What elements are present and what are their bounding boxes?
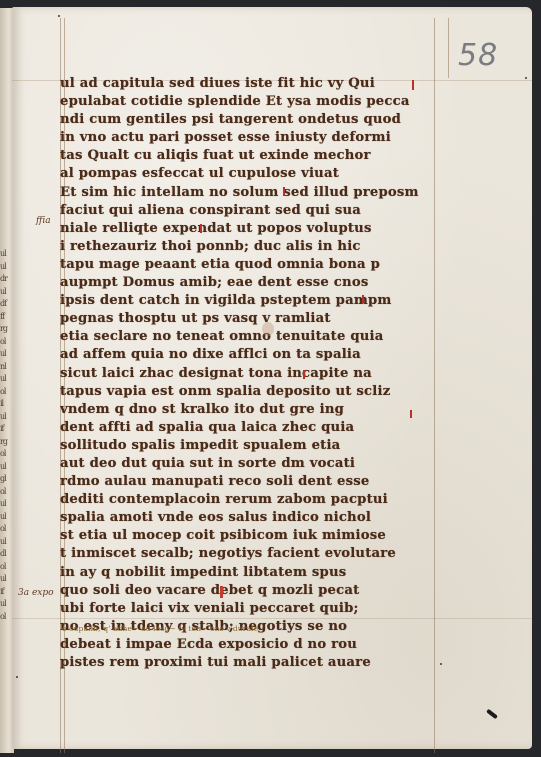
text-line: in ay q nobilit impedint libtatem spus <box>60 564 440 582</box>
rubric-mark <box>412 80 414 90</box>
text-line: dediti contemplacoin rerum zabom pacptui <box>60 491 440 509</box>
rubric-mark <box>283 187 285 196</box>
text-line: ubi forte laici vix veniali peccaret qui… <box>60 600 440 618</box>
text-line: epulabat cotidie splendide Et ysa modis … <box>60 93 440 111</box>
ruling-right-upper <box>448 18 449 78</box>
text-line: rdmo aulau manupati reco soli dent esse <box>60 473 440 491</box>
main-text-block: ul ad capitula sed diues iste fit hic vy… <box>60 75 440 672</box>
rubric-mark <box>362 295 364 303</box>
text-line: pistes rem proximi tui mali palicet auar… <box>60 654 440 672</box>
text-line: pegnas thosptu ut ps vasq v ramliat <box>60 310 440 328</box>
text-line: dent affti ad spalia qua laica zhec quia <box>60 419 440 437</box>
prick-mark <box>440 663 442 665</box>
margin-note-left-lower: 3a expo <box>18 588 54 598</box>
prick-mark <box>58 15 60 17</box>
text-line: spalia amoti vnde eos salus indico nicho… <box>60 509 440 527</box>
text-line: ad affem quia no dixe afflci on ta spali… <box>60 346 440 364</box>
text-line: niale relliqte expendat ut popos voluptu… <box>60 220 440 238</box>
bottom-gloss: o cupalib; q' adhe~ ad lesu~ ty ten~ ons… <box>62 624 258 633</box>
parchment-stain <box>262 322 274 336</box>
rubric-mark <box>200 224 202 233</box>
text-line: aut deo dut quia sut in sorte dm vocati <box>60 455 440 473</box>
text-line: sollitudo spalis impedit spualem etia <box>60 437 440 455</box>
text-line: aupmpt Domus amib; eae dent esse cnos <box>60 274 440 292</box>
rubric-mark <box>410 410 412 418</box>
margin-note-left-upper: ffia <box>36 216 51 226</box>
text-line: tapus vapia est onm spalia deposito ut s… <box>60 383 440 401</box>
text-line: in vno actu pari posset esse iniusty def… <box>60 129 440 147</box>
text-line: quo soli deo vacare debet q mozli pecat <box>60 582 440 600</box>
text-line: ipsis dent catch in vigilda psteptem pam… <box>60 292 440 310</box>
text-line: ul ad capitula sed diues iste fit hic vy… <box>60 75 440 93</box>
folio-number: 58 <box>458 38 498 73</box>
text-line: tapu mage peaant etia quod omnia bona p <box>60 256 440 274</box>
text-line: t inmiscet secalb; negotiys facient evol… <box>60 545 440 563</box>
text-line: etia seclare no teneat omno tenuitate qu… <box>60 328 440 346</box>
rubric-paraph <box>220 586 223 598</box>
prick-mark <box>16 676 18 678</box>
rubric-mark <box>303 370 305 379</box>
prick-mark <box>525 77 527 79</box>
text-line: vndem q dno st kralko ito dut gre ing <box>60 401 440 419</box>
text-line: ndi cum gentiles psi tangerent ondetus q… <box>60 111 440 129</box>
text-line: faciut qui aliena conspirant sed qui sua <box>60 202 440 220</box>
text-line: st etia ul mocep coit psibicom iuk mimio… <box>60 527 440 545</box>
text-line: sicut laici zhac designat tona incapite … <box>60 365 440 383</box>
text-line: debeat i impae Ecda exposicio d no rou <box>60 636 440 654</box>
text-line: i rethezauriz thoi ponnb; duc alis in hi… <box>60 238 440 256</box>
text-line: al pompas esfeccat ul cupulose viuat <box>60 165 440 183</box>
text-line: tas Qualt cu aliqis fuat ut exinde mecho… <box>60 147 440 165</box>
text-line: Et sim hic intellam no solum sed illud p… <box>60 184 440 202</box>
